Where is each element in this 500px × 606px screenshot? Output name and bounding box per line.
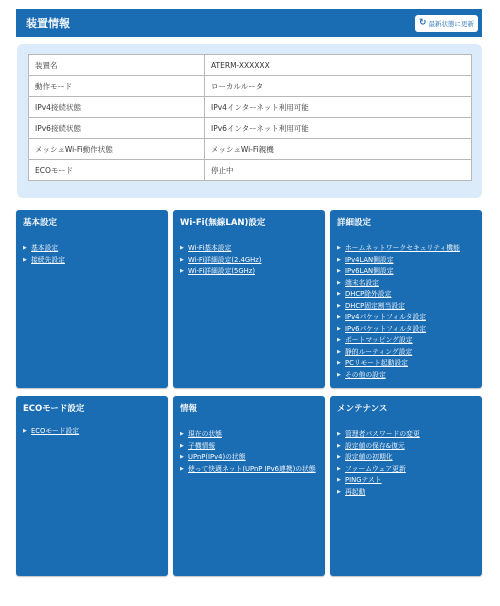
- bullet-icon: ▶: [180, 255, 188, 267]
- link-firmware-update[interactable]: ファームウェア更新: [345, 464, 406, 476]
- list-item: ▶子機情報: [180, 441, 318, 453]
- link-wifi-basic[interactable]: Wi-Fi基本設定: [188, 243, 231, 255]
- bullet-icon: ▶: [337, 301, 345, 313]
- bullet-icon: ▶: [180, 266, 188, 278]
- table-row: IPv6接続状態 IPv6インターネット利用可能: [29, 118, 472, 139]
- bullet-icon: ▶: [23, 243, 31, 255]
- link-reboot[interactable]: 再起動: [345, 487, 365, 499]
- bullet-icon: ▶: [337, 429, 345, 441]
- list-item: ▶基本設定: [23, 243, 161, 255]
- bullet-icon: ▶: [337, 312, 345, 324]
- menu-card-eco-mode: ECOモード設定 ▶ECOモード設定: [16, 396, 168, 576]
- link-ping-test[interactable]: PINGテスト: [345, 475, 382, 487]
- list-item: ▶PINGテスト: [337, 475, 475, 487]
- list-item: ▶Wi-Fi詳細設定(5GHz): [180, 266, 318, 278]
- device-name-label: 装置名: [29, 55, 205, 76]
- eco-mode-label: ECOモード: [29, 160, 205, 181]
- link-other-settings[interactable]: その他の設定: [345, 370, 386, 382]
- table-row: 動作モード ローカルルータ: [29, 76, 472, 97]
- eco-mode-value: 停止中: [205, 160, 472, 181]
- bullet-icon: ▶: [337, 266, 345, 278]
- list-item: ▶Wi-Fi基本設定: [180, 243, 318, 255]
- link-terminal-name[interactable]: 端末名設定: [345, 278, 379, 290]
- list-item: ▶使って快適ネット(UPnP IPv6連携)の状態: [180, 464, 318, 476]
- list-item: ▶ホームネットワークセキュリティ機能: [337, 243, 475, 255]
- card-title: メンテナンス: [337, 404, 475, 414]
- link-home-network-security[interactable]: ホームネットワークセキュリティ機能: [345, 243, 460, 255]
- card-title: ECOモード設定: [23, 404, 161, 414]
- bullet-icon: ▶: [180, 452, 188, 464]
- table-row: 装置名 ATERM-XXXXXX: [29, 55, 472, 76]
- bullet-icon: ▶: [337, 243, 345, 255]
- bullet-icon: ▶: [337, 335, 345, 347]
- list-item: ▶管理者パスワードの変更: [337, 429, 475, 441]
- device-info-panel: 装置名 ATERM-XXXXXX 動作モード ローカルルータ IPv4接続状態 …: [17, 44, 482, 198]
- link-ipv4-lan[interactable]: IPv4LAN側設定: [345, 255, 394, 267]
- operation-mode-value: ローカルルータ: [205, 76, 472, 97]
- bullet-icon: ▶: [337, 475, 345, 487]
- menu-card-advanced-settings: 詳細設定 ▶ホームネットワークセキュリティ機能 ▶IPv4LAN側設定 ▶IPv…: [330, 210, 482, 388]
- refresh-icon: ↻: [419, 19, 427, 28]
- link-port-mapping[interactable]: ポートマッピング設定: [345, 335, 413, 347]
- list-item: ▶UPnP(IPv4)の状態: [180, 452, 318, 464]
- list-item: ▶設定値の保存&復元: [337, 441, 475, 453]
- link-basic-settings[interactable]: 基本設定: [31, 243, 58, 255]
- link-save-restore[interactable]: 設定値の保存&復元: [345, 441, 405, 453]
- bullet-icon: ▶: [337, 289, 345, 301]
- bullet-icon: ▶: [337, 324, 345, 336]
- menu-card-wifi-settings: Wi-Fi(無線LAN)設定 ▶Wi-Fi基本設定 ▶Wi-Fi詳細設定(2.4…: [173, 210, 325, 388]
- link-dhcp-fixed[interactable]: DHCP固定割当設定: [345, 301, 405, 313]
- menu-card-maintenance: メンテナンス ▶管理者パスワードの変更 ▶設定値の保存&復元 ▶設定値の初期化 …: [330, 396, 482, 576]
- link-factory-reset[interactable]: 設定値の初期化: [345, 452, 393, 464]
- list-item: ▶PCリモート起動設定: [337, 358, 475, 370]
- refresh-label: 最新状態に更新: [429, 19, 475, 28]
- ipv6-status-value: IPv6インターネット利用可能: [205, 118, 472, 139]
- card-title: 基本設定: [23, 218, 161, 228]
- bullet-icon: ▶: [337, 255, 345, 267]
- card-title: 情報: [180, 404, 318, 414]
- page-header: 装置情報 ↻ 最新状態に更新: [16, 9, 482, 37]
- bullet-icon: ▶: [180, 441, 188, 453]
- ipv4-status-value: IPv4インターネット利用可能: [205, 97, 472, 118]
- link-admin-password[interactable]: 管理者パスワードの変更: [345, 429, 420, 441]
- link-connection-settings[interactable]: 接続先設定: [31, 255, 65, 267]
- link-wifi-detail-24ghz[interactable]: Wi-Fi詳細設定(2.4GHz): [188, 255, 261, 267]
- link-wifi-detail-5ghz[interactable]: Wi-Fi詳細設定(5GHz): [188, 266, 255, 278]
- page-title: 装置情報: [26, 15, 70, 31]
- ipv6-status-label: IPv6接続状態: [29, 118, 205, 139]
- device-info-table: 装置名 ATERM-XXXXXX 動作モード ローカルルータ IPv4接続状態 …: [28, 54, 472, 181]
- list-item: ▶DHCP除外設定: [337, 289, 475, 301]
- link-upnp-ipv6-status[interactable]: 使って快適ネット(UPnP IPv6連携)の状態: [188, 464, 316, 476]
- list-item: ▶設定値の初期化: [337, 452, 475, 464]
- table-row: IPv4接続状態 IPv4インターネット利用可能: [29, 97, 472, 118]
- list-item: ▶Wi-Fi詳細設定(2.4GHz): [180, 255, 318, 267]
- mesh-wifi-status-label: メッシュWi-Fi動作状態: [29, 139, 205, 160]
- list-item: ▶その他の設定: [337, 370, 475, 382]
- bullet-icon: ▶: [23, 255, 31, 267]
- list-item: ▶ECOモード設定: [23, 426, 161, 438]
- list-item: ▶IPv4LAN側設定: [337, 255, 475, 267]
- link-ipv6-packet-filter[interactable]: IPv6パケットフィルタ設定: [345, 324, 426, 336]
- list-item: ▶ポートマッピング設定: [337, 335, 475, 347]
- link-dhcp-exclusion[interactable]: DHCP除外設定: [345, 289, 391, 301]
- bullet-icon: ▶: [337, 347, 345, 359]
- link-static-routing[interactable]: 静的ルーティング設定: [345, 347, 412, 359]
- bullet-icon: ▶: [337, 464, 345, 476]
- operation-mode-label: 動作モード: [29, 76, 205, 97]
- list-item: ▶再起動: [337, 487, 475, 499]
- list-item: ▶DHCP固定割当設定: [337, 301, 475, 313]
- list-item: ▶静的ルーティング設定: [337, 347, 475, 359]
- device-name-value: ATERM-XXXXXX: [205, 55, 472, 76]
- bullet-icon: ▶: [180, 243, 188, 255]
- link-ipv6-lan[interactable]: IPv6LAN側設定: [345, 266, 394, 278]
- bullet-icon: ▶: [337, 441, 345, 453]
- ipv4-status-label: IPv4接続状態: [29, 97, 205, 118]
- table-row: メッシュWi-Fi動作状態 メッシュWi-Fi親機: [29, 139, 472, 160]
- link-current-status[interactable]: 現在の状態: [188, 429, 222, 441]
- list-item: ▶ファームウェア更新: [337, 464, 475, 476]
- list-item: ▶IPv6パケットフィルタ設定: [337, 324, 475, 336]
- bullet-icon: ▶: [337, 278, 345, 290]
- bullet-icon: ▶: [337, 358, 345, 370]
- list-item: ▶IPv6LAN側設定: [337, 266, 475, 278]
- link-ipv4-packet-filter[interactable]: IPv4パケットフィルタ設定: [345, 312, 426, 324]
- list-item: ▶IPv4パケットフィルタ設定: [337, 312, 475, 324]
- bullet-icon: ▶: [337, 452, 345, 464]
- menu-card-basic-settings: 基本設定 ▶基本設定 ▶接続先設定: [16, 210, 168, 388]
- link-eco-mode-settings[interactable]: ECOモード設定: [31, 426, 79, 438]
- bullet-icon: ▶: [337, 370, 345, 382]
- bullet-icon: ▶: [23, 426, 31, 438]
- card-title: 詳細設定: [337, 218, 475, 228]
- refresh-button[interactable]: ↻ 最新状態に更新: [415, 15, 478, 32]
- list-item: ▶端末名設定: [337, 278, 475, 290]
- bullet-icon: ▶: [180, 429, 188, 441]
- link-pc-remote-wake[interactable]: PCリモート起動設定: [345, 358, 408, 370]
- bullet-icon: ▶: [180, 464, 188, 476]
- list-item: ▶接続先設定: [23, 255, 161, 267]
- mesh-wifi-status-value: メッシュWi-Fi親機: [205, 139, 472, 160]
- menu-card-information: 情報 ▶現在の状態 ▶子機情報 ▶UPnP(IPv4)の状態 ▶使って快適ネット…: [173, 396, 325, 576]
- list-item: ▶現在の状態: [180, 429, 318, 441]
- link-client-info[interactable]: 子機情報: [188, 441, 215, 453]
- table-row: ECOモード 停止中: [29, 160, 472, 181]
- bullet-icon: ▶: [337, 487, 345, 499]
- card-title: Wi-Fi(無線LAN)設定: [180, 218, 318, 228]
- link-upnp-ipv4-status[interactable]: UPnP(IPv4)の状態: [188, 452, 246, 464]
